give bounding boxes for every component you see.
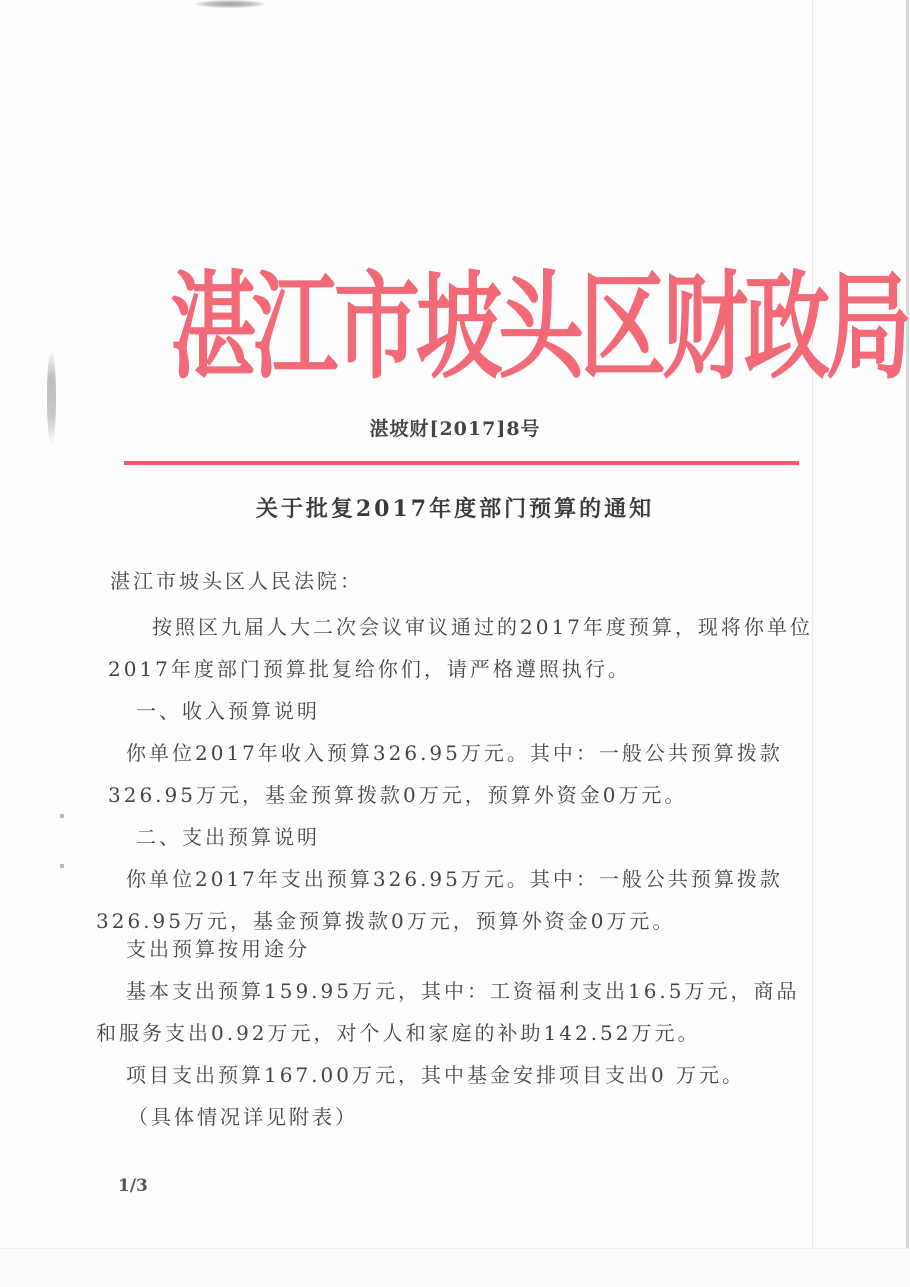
subheading-by-purpose: 支出预算按用途分: [126, 928, 826, 970]
page-indicator: 1/3: [118, 1176, 148, 1196]
letterhead-red-rule: [124, 461, 799, 465]
body-paragraph: 按照区九届人大二次会议审议通过的2017年度预算，现将你单位: [152, 606, 852, 648]
notice-title: 关于批复2017年度部门预算的通知: [0, 492, 910, 523]
scan-page-edge: [906, 0, 909, 1248]
scan-bottom-margin: [0, 1248, 910, 1287]
body-paragraph: 你单位2017年收入预算326.95万元。其中：一般公共预算拨款: [126, 732, 826, 774]
body-paragraph: 基本支出预算159.95万元，其中：工资福利支出16.5万元，商品: [126, 970, 826, 1012]
attachment-note: （具体情况详见附表）: [128, 1096, 828, 1138]
scan-dot: [60, 864, 64, 868]
document-page: 湛江市坡头区财政局 湛坡财[2017]8号 关于批复2017年度部门预算的通知 …: [0, 0, 910, 1287]
document-number: 湛坡财[2017]8号: [0, 414, 910, 441]
body-paragraph: 项目支出预算167.00万元，其中基金安排项目支出0 万元。: [126, 1054, 826, 1096]
body-paragraph: 2017年度部门预算批复给你们，请严格遵照执行。: [108, 648, 808, 690]
salutation: 湛江市坡头区人民法院：: [110, 560, 810, 602]
body-paragraph: 326.95万元，基金预算拨款0万元，预算外资金0万元。: [108, 774, 808, 816]
scan-dot: [60, 814, 64, 818]
section-heading-expenditure: 二、支出预算说明: [136, 816, 836, 858]
body-paragraph: 你单位2017年支出预算326.95万元。其中：一般公共预算拨款: [126, 858, 826, 900]
section-heading-income: 一、收入预算说明: [136, 690, 836, 732]
body-paragraph: 和服务支出0.92万元，对个人和家庭的补助142.52万元。: [96, 1012, 796, 1054]
issuer-letterhead: 湛江市坡头区财政局: [170, 240, 760, 416]
staple-mark: [195, 0, 265, 8]
